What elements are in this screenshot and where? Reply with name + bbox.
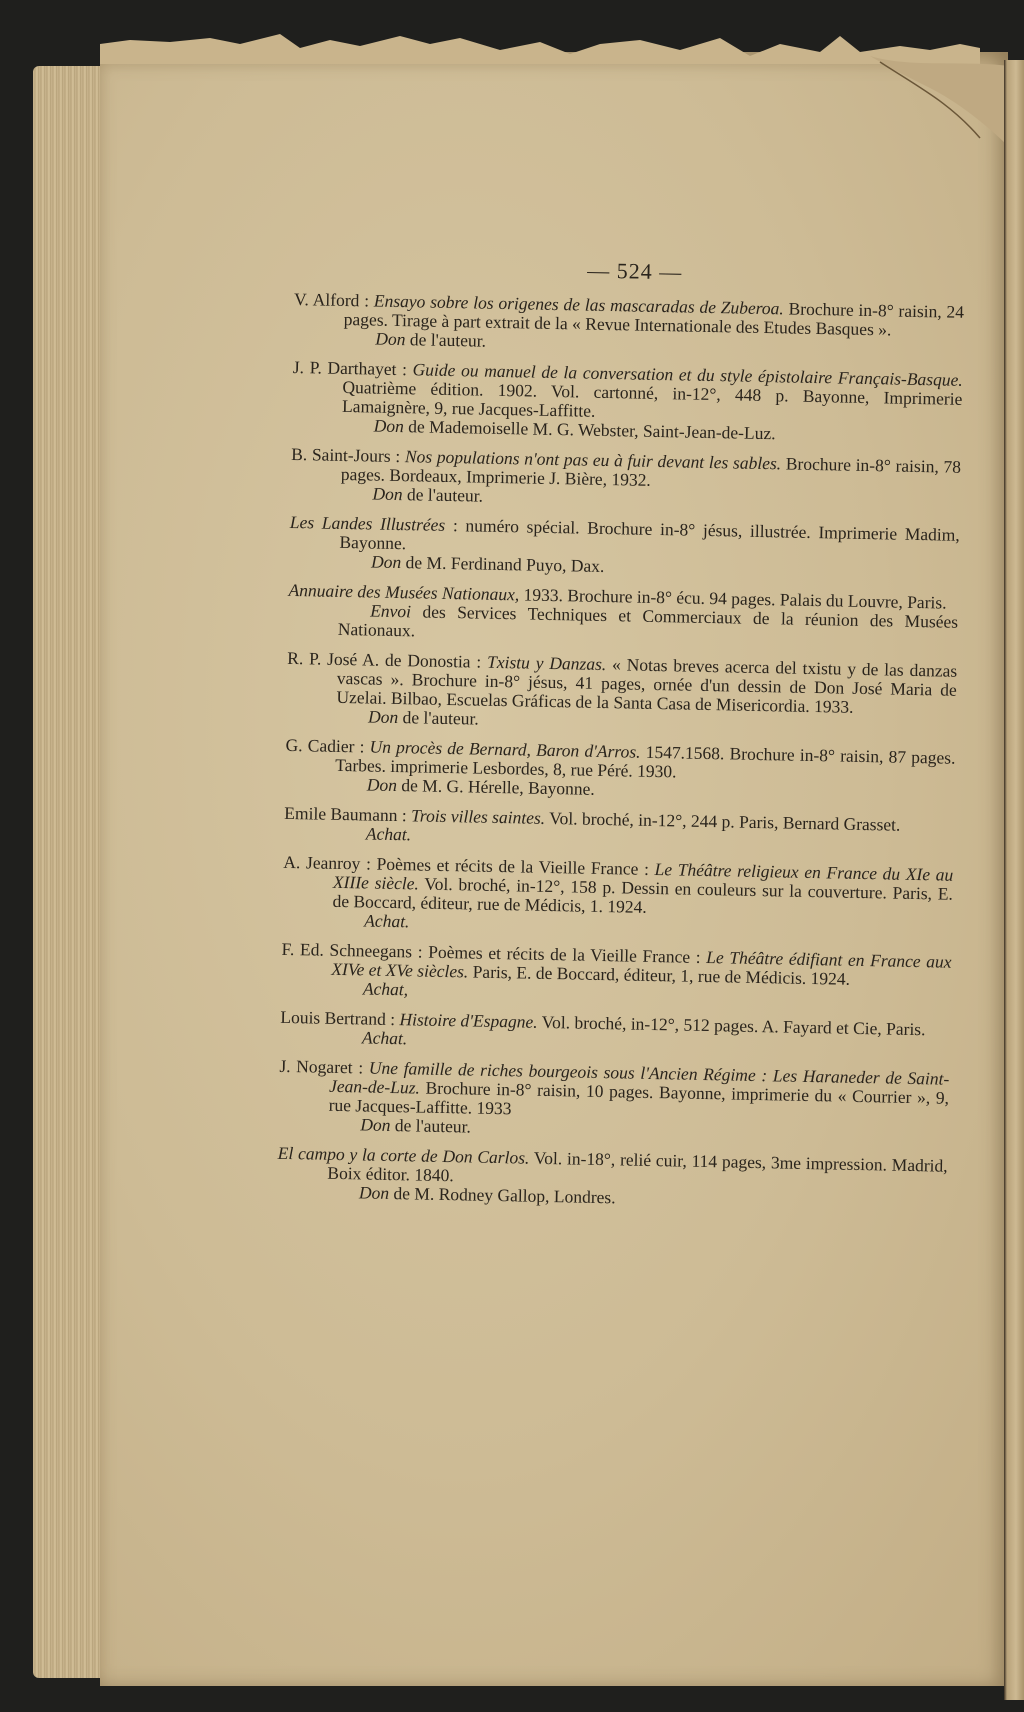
entry-author: V. Alford [294,289,360,310]
torn-top-edge [100,30,980,64]
entry-author: F. Ed. Schneegans [281,939,412,962]
entry-schneegans: F. Ed. Schneegans : Poèmes et récits de … [281,940,952,1010]
provenance-type: Don [368,706,399,727]
entry-author: A. Jeanroy [283,852,360,873]
provenance-type: Achat, [363,978,409,999]
provenance-text: de M. Ferdinand Puyo, Dax. [405,552,604,576]
book-gutter [1004,60,1024,1700]
entry-author: J. Nogaret [279,1056,353,1077]
entry-don-carlos: El campo y la corte de Don Carlos. Vol. … [277,1144,948,1214]
entry-darthayet: J. P. Darthayet : Guide ou manuel de la … [292,358,963,447]
provenance-type: Don [360,1114,391,1135]
entry-author: B. Saint-Jours [291,444,391,466]
entry-title: Histoire d'Espagne. [399,1009,538,1032]
entry-author: G. Cadier [285,735,354,756]
provenance-type: Achat. [366,823,412,844]
provenance-text: de l'auteur. [410,329,486,350]
entry-donostia: R. P. José A. de Donostia : Txistu y Dan… [286,649,957,738]
entry-landes-illustrees: Les Landes Illustrées : numéro spécial. … [289,513,960,583]
entry-title: Trois villes saintes. [411,805,545,828]
provenance-text: de l'auteur. [407,484,483,505]
provenance-type: Don [375,329,406,350]
entry-bertrand: Louis Bertrand : Histoire d'Espagne. Vol… [280,1008,951,1059]
entry-cadier: G. Cadier : Un procès de Bernard, Baron … [285,736,956,806]
entry-author: Louis Bertrand [280,1007,386,1029]
book-scan: — 524 — V. Alford : Ensayo sobre los ori… [0,0,1024,1712]
entry-saint-jours: B. Saint-Jours : Nos populations n'ont p… [290,445,961,515]
entry-baumann: Emile Baumann : Trois villes saintes. Vo… [284,804,955,855]
provenance-type: Don [374,416,405,437]
provenance-text: de l'auteur. [395,1115,471,1136]
entry-author: J. P. Darthayet [293,357,397,379]
provenance-text: de M. G. Hérelle, Bayonne. [401,775,595,799]
provenance-type: Don [372,484,403,505]
entry-annuaire-musees: Annuaire des Musées Nationaux, 1933. Bro… [288,581,959,651]
provenance-text: de M. Rodney Gallop, Londres. [393,1183,615,1207]
provenance-type: Don [371,552,402,573]
entry-alford: V. Alford : Ensayo sobre los origenes de… [293,290,964,360]
provenance-type: Don [367,774,398,795]
torn-corner-curl [870,48,1010,148]
provenance-type: Envoi [370,601,411,622]
catalogue-text: — 524 — V. Alford : Ensayo sobre los ori… [277,255,965,1225]
provenance-text: de l'auteur. [402,707,478,728]
stacked-page-edges [33,66,107,1678]
entry-nogaret: J. Nogaret : Une famille de riches bourg… [278,1057,949,1146]
provenance-type: Achat. [364,910,410,931]
provenance-type: Achat. [362,1027,408,1048]
provenance-type: Don [359,1182,390,1203]
entry-author: Emile Baumann [284,803,398,825]
entry-jeanroy: A. Jeanroy : Poèmes et récits de la Viei… [282,853,953,942]
